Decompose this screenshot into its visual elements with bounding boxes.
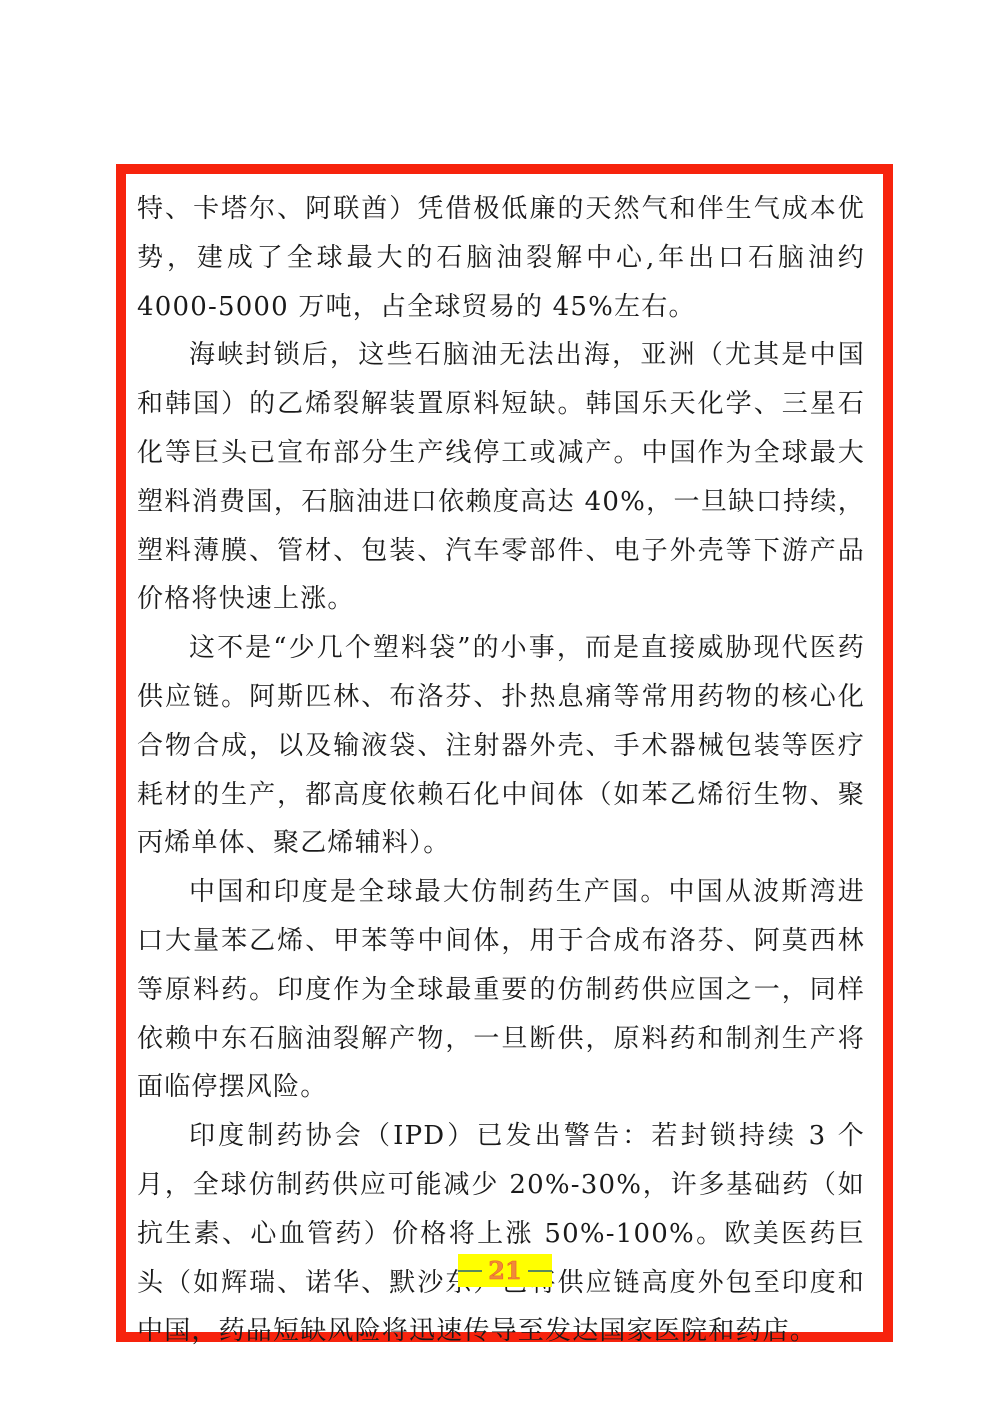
paragraph-4: 中国和印度是全球最大仿制药生产国。中国从波斯湾进口大量苯乙烯、甲苯等中间体，用于… — [137, 868, 865, 1112]
document-body: 特、卡塔尔、阿联酋）凭借极低廉的天然气和伴生气成本优势，建成了全球最大的石脑油裂… — [137, 185, 865, 1356]
paragraph-3: 这不是“少几个塑料袋”的小事，而是直接威胁现代医药供应链。阿斯匹林、布洛芬、扑热… — [137, 624, 865, 868]
page-number-dash-left — [458, 1270, 482, 1272]
paragraph-5: 印度制药协会（IPD）已发出警告：若封锁持续 3 个月，全球仿制药供应可能减少 … — [137, 1112, 865, 1356]
page-number: 21 — [488, 1254, 521, 1287]
paragraph-1: 特、卡塔尔、阿联酋）凭借极低廉的天然气和伴生气成本优势，建成了全球最大的石脑油裂… — [137, 185, 865, 331]
paragraph-2: 海峡封锁后，这些石脑油无法出海，亚洲（尤其是中国和韩国）的乙烯裂解装置原料短缺。… — [137, 331, 865, 624]
page-number-badge: 21 — [458, 1254, 552, 1287]
page-number-dash-right — [528, 1270, 552, 1272]
